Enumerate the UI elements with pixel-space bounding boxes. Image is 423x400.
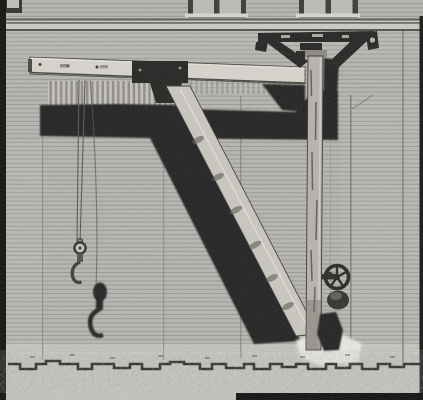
- photograph: [0, 0, 423, 400]
- gravel-texture: [0, 350, 423, 393]
- film-grain: [0, 0, 423, 400]
- photo-canvas: [0, 0, 423, 400]
